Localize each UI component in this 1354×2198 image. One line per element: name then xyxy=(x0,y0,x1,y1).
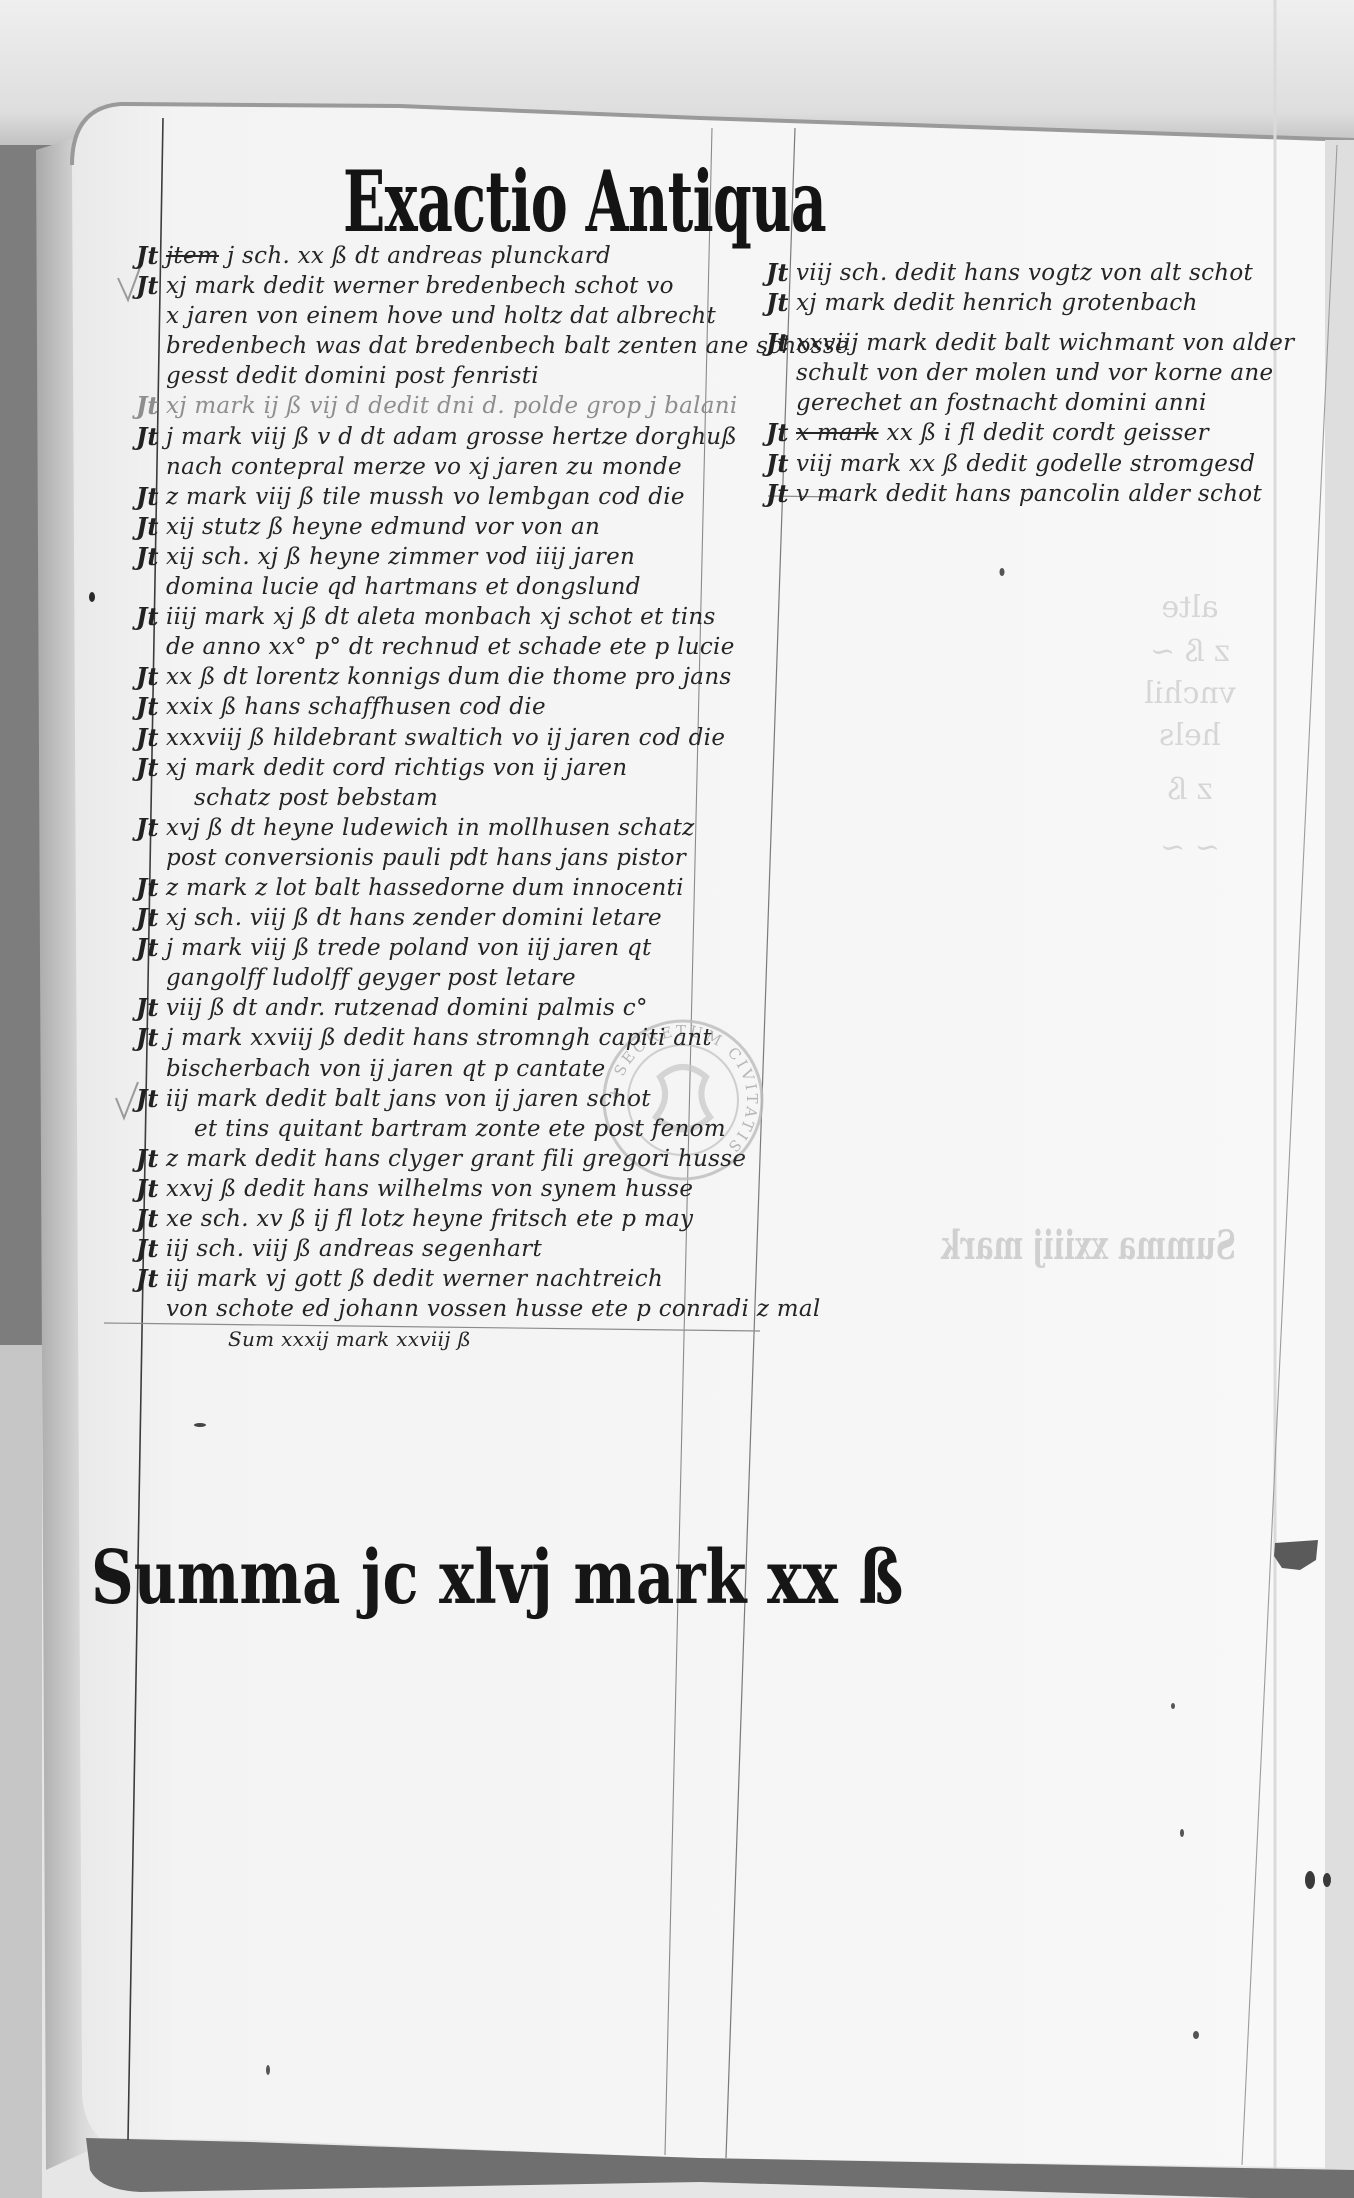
entry-text: xxvj ß dedit hans wilhelms von synem hus… xyxy=(166,1174,693,1204)
entry-text: x jaren von einem hove und holtz dat alb… xyxy=(166,301,716,331)
entry-text: xij stutz ß heyne edmund vor von an xyxy=(166,512,600,542)
ledger-entry-continuation: nach contepral merze vo xj jaren zu mond… xyxy=(136,452,776,482)
item-marker xyxy=(136,783,166,813)
binding-light xyxy=(0,1345,42,2198)
subtotal-line: Sum xxxij mark xxviij ß xyxy=(136,1324,776,1354)
entry-text: xvj ß dt heyne ludewich in mollhusen sch… xyxy=(166,813,695,843)
item-marker: Jt xyxy=(136,482,166,512)
ledger-entry-continuation: domina lucie qd hartmans et dongslund xyxy=(136,572,776,602)
entry-text: iij mark vj gott ß dedit werner nachtrei… xyxy=(166,1264,663,1294)
ledger-entry: Jtiij sch. viij ß andreas segenhart xyxy=(136,1234,776,1264)
entry-text: von schote ed johann vossen husse ete p … xyxy=(166,1294,821,1324)
item-marker: Jt xyxy=(136,542,166,572)
entry-text: xj mark ij ß vij d dedit dni d. polde gr… xyxy=(166,391,738,421)
ledger-entry: Jtxe sch. xv ß ij fl lotz heyne fritsch … xyxy=(136,1204,776,1234)
entry-text: xj mark dedit werner bredenbech schot vo xyxy=(166,271,674,301)
item-marker: Jt xyxy=(136,662,166,692)
entry-text: gangolff ludolff geyger post letare xyxy=(166,963,576,993)
item-marker: Jt xyxy=(766,288,796,318)
ledger-entry-continuation: et tins quitant bartram zonte ete post f… xyxy=(136,1114,776,1144)
item-marker: Jt xyxy=(136,692,166,722)
show-through-fragment: vnchil xyxy=(1135,676,1245,711)
item-marker xyxy=(136,361,166,391)
ink-speck xyxy=(1193,2031,1199,2039)
ledger-entry-continuation: gangolff ludolff geyger post letare xyxy=(136,963,776,993)
item-marker: Jt xyxy=(136,1023,166,1053)
ledger-entry: Jtviij sch. dedit hans vogtz von alt sch… xyxy=(766,258,1346,288)
ledger-entry: Jtxj sch. viij ß dt hans zender domini l… xyxy=(136,903,776,933)
ledger-entry: Jtv mark dedit hans pancolin alder schot xyxy=(766,479,1346,509)
ink-speck xyxy=(1171,1703,1175,1709)
entry-text: xxix ß hans schaffhusen cod die xyxy=(166,692,546,722)
item-marker: Jt xyxy=(136,1174,166,1204)
ledger-entry-continuation: gerechet an fostnacht domini anni xyxy=(766,388,1346,418)
ledger-entry-continuation: bredenbech was dat bredenbech balt zente… xyxy=(136,331,776,361)
ink-speck xyxy=(266,2065,270,2075)
grand-total: Summa jc xlvj mark xx ß xyxy=(91,1538,903,1618)
entry-text: bredenbech was dat bredenbech balt zente… xyxy=(166,331,849,361)
ledger-entry: Jtiij mark dedit balt jans von ij jaren … xyxy=(136,1084,776,1114)
ledger-entry: Jtj mark viij ß v d dt adam grosse hertz… xyxy=(136,422,776,452)
ledger-entry: Jtxxvj ß dedit hans wilhelms von synem h… xyxy=(136,1174,776,1204)
ledger-entry: Jtxj mark dedit werner bredenbech schot … xyxy=(136,271,776,301)
show-through-fragment: z ß ~ xyxy=(1135,634,1245,669)
ledger-entry: Jtxx ß dt lorentz konnigs dum die thome … xyxy=(136,662,776,692)
item-marker: Jt xyxy=(766,418,796,448)
entry-text: xx ß i fl dedit cordt geisser xyxy=(887,420,1209,446)
item-marker: Jt xyxy=(136,1144,166,1174)
item-marker xyxy=(136,1114,166,1144)
ledger-entry-continuation: post conversionis pauli pdt hans jans pi… xyxy=(136,843,776,873)
entry-text: gesst dedit domini post fenristi xyxy=(166,361,539,391)
entry-text: xj mark dedit cord richtigs von ij jaren xyxy=(166,753,627,783)
ledger-entry-continuation: schult von der molen und vor korne ane xyxy=(766,358,1346,388)
item-marker: Jt xyxy=(136,1264,166,1294)
item-marker: Jt xyxy=(136,512,166,542)
stain xyxy=(1305,1871,1315,1889)
ledger-entry: Jtxj mark dedit cord richtigs von ij jar… xyxy=(136,753,776,783)
item-marker xyxy=(136,963,166,993)
ledger-entry-continuation: x jaren von einem hove und holtz dat alb… xyxy=(136,301,776,331)
struck-text: x mark xyxy=(796,420,879,446)
item-marker: Jt xyxy=(136,933,166,963)
item-marker: Jt xyxy=(136,1234,166,1264)
ledger-entry: Jtz mark z lot balt hassedorne dum innoc… xyxy=(136,873,776,903)
entry-text: z mark viij ß tile mussh vo lembgan cod … xyxy=(166,482,685,512)
ledger-entry: Jtxxviij mark dedit balt wichmant von al… xyxy=(766,328,1346,358)
ledger-entry-continuation: bischerbach von ij jaren qt p cantate xyxy=(136,1054,776,1084)
entry-text: z mark dedit hans clyger grant fili greg… xyxy=(166,1144,746,1174)
ledger-entry-continuation: de anno xx° p° dt rechnud et schade ete … xyxy=(136,632,776,662)
item-marker: Jt xyxy=(136,873,166,903)
ledger-entry-continuation: schatz post bebstam xyxy=(136,783,776,813)
ledger-entry: Jtx markxx ß i fl dedit cordt geisser xyxy=(766,418,1346,448)
item-marker: Jt xyxy=(766,258,796,288)
ledger-entry: Jtxij stutz ß heyne edmund vor von an xyxy=(136,512,776,542)
show-through-fragment: hels xyxy=(1135,718,1245,753)
show-through-fragment: alte xyxy=(1135,590,1245,625)
ledger-entry: Jtxvj ß dt heyne ludewich in mollhusen s… xyxy=(136,813,776,843)
item-marker: Jt xyxy=(136,241,166,271)
item-marker: Jt xyxy=(766,449,796,479)
item-marker: Jt xyxy=(136,1204,166,1234)
item-marker: Jt xyxy=(136,993,166,1023)
struck-text: jtem xyxy=(166,243,219,269)
ledger-entry: Jtviij mark xx ß dedit godelle stromgesd xyxy=(766,449,1346,479)
entry-text: xij sch. xj ß heyne zimmer vod iiij jare… xyxy=(166,542,635,572)
entry-text: domina lucie qd hartmans et dongslund xyxy=(166,572,641,602)
entry-text: viij sch. dedit hans vogtz von alt schot xyxy=(796,258,1253,288)
item-marker xyxy=(136,1054,166,1084)
entry-text: j sch. xx ß dt andreas plunckard xyxy=(227,243,611,269)
item-marker: Jt xyxy=(136,903,166,933)
ledger-entry: Jtjtemj sch. xx ß dt andreas plunckard xyxy=(136,241,776,271)
entry-text: xj mark dedit henrich grotenbach xyxy=(796,288,1198,318)
subtotal-text: Sum xxxij mark xxviij ß xyxy=(166,1324,471,1354)
ink-speck xyxy=(89,592,95,602)
entry-text: schult von der molen und vor korne ane xyxy=(796,358,1273,388)
entry-text: xj sch. viij ß dt hans zender domini let… xyxy=(166,903,662,933)
entry-text: xxxviij ß hildebrant swaltich vo ij jare… xyxy=(166,723,725,753)
entry-text: iiij mark xj ß dt aleta monbach xj schot… xyxy=(166,602,716,632)
item-marker: Jt xyxy=(136,271,166,301)
item-marker: Jt xyxy=(766,479,796,509)
item-marker xyxy=(136,843,166,873)
ledger-entry-faded: Jtxj mark ij ß vij d dedit dni d. polde … xyxy=(136,391,776,421)
entry-text: v mark dedit hans pancolin alder schot xyxy=(796,479,1262,509)
item-marker: Jt xyxy=(136,753,166,783)
entry-text: gerechet an fostnacht domini anni xyxy=(796,388,1207,418)
left-column: Jtjtemj sch. xx ß dt andreas plunckard J… xyxy=(136,241,776,1354)
entry-text: nach contepral merze vo xj jaren zu mond… xyxy=(166,452,682,482)
ink-speck xyxy=(194,1423,206,1427)
entry-text: j mark viij ß v d dt adam grosse hertze … xyxy=(166,422,737,452)
entry-text: et tins quitant bartram zonte ete post f… xyxy=(166,1114,726,1144)
ledger-entry: Jtviij ß dt andr. rutzenad domini palmis… xyxy=(136,993,776,1023)
entry-text: iij sch. viij ß andreas segenhart xyxy=(166,1234,542,1264)
ink-speck xyxy=(1180,1829,1184,1837)
show-through-fragment: ~ ~ xyxy=(1135,830,1245,865)
item-marker xyxy=(136,572,166,602)
item-marker: Jt xyxy=(766,328,796,358)
item-marker: Jt xyxy=(136,1084,166,1114)
item-marker: Jt xyxy=(136,813,166,843)
entry-text: viij ß dt andr. rutzenad domini palmis c… xyxy=(166,993,648,1023)
entry-text: xe sch. xv ß ij fl lotz heyne fritsch et… xyxy=(166,1204,693,1234)
item-marker xyxy=(766,388,796,418)
item-marker xyxy=(136,452,166,482)
item-marker: Jt xyxy=(136,602,166,632)
ledger-entry-continuation: von schote ed johann vossen husse ete p … xyxy=(136,1294,776,1324)
right-column: Jtviij sch. dedit hans vogtz von alt sch… xyxy=(766,258,1346,509)
entry-text: j mark xxviij ß dedit hans stromngh capi… xyxy=(166,1023,712,1053)
entry-text: post conversionis pauli pdt hans jans pi… xyxy=(166,843,686,873)
item-marker: Jt xyxy=(136,422,166,452)
ink-speck xyxy=(1000,568,1005,576)
entry-text: z mark z lot balt hassedorne dum innocen… xyxy=(166,873,684,903)
ledger-entry: Jtz mark dedit hans clyger grant fili gr… xyxy=(136,1144,776,1174)
ledger-entry: Jtiij mark vj gott ß dedit werner nachtr… xyxy=(136,1264,776,1294)
entry-text: iij mark dedit balt jans von ij jaren sc… xyxy=(166,1084,651,1114)
item-marker xyxy=(136,331,166,361)
show-through-summa: Summa xxiiij mark xyxy=(1026,1222,1236,1269)
ledger-entry: Jtxxxviij ß hildebrant swaltich vo ij ja… xyxy=(136,723,776,753)
ledger-entry-continuation: gesst dedit domini post fenristi xyxy=(136,361,776,391)
ledger-entry: Jtxij sch. xj ß heyne zimmer vod iiij ja… xyxy=(136,542,776,572)
entry-text: schatz post bebstam xyxy=(166,783,438,813)
ledger-entry: Jtxj mark dedit henrich grotenbach xyxy=(766,288,1346,318)
ledger-entry: Jtiiij mark xj ß dt aleta monbach xj sch… xyxy=(136,602,776,632)
item-marker: Jt xyxy=(136,391,166,421)
entry-text: de anno xx° p° dt rechnud et schade ete … xyxy=(166,632,735,662)
entry-text: j mark viij ß trede poland von iij jaren… xyxy=(166,933,652,963)
item-marker: Jt xyxy=(136,723,166,753)
entry-text: xx ß dt lorentz konnigs dum die thome pr… xyxy=(166,662,732,692)
page-title: Exactio Antiqua xyxy=(343,156,826,248)
item-marker xyxy=(136,632,166,662)
show-through-fragment: z ß xyxy=(1135,772,1245,807)
item-marker xyxy=(136,301,166,331)
ledger-entry: Jtxxix ß hans schaffhusen cod die xyxy=(136,692,776,722)
ledger-entry: Jtz mark viij ß tile mussh vo lembgan co… xyxy=(136,482,776,512)
entry-text: viij mark xx ß dedit godelle stromgesd xyxy=(796,449,1255,479)
entry-text: bischerbach von ij jaren qt p cantate xyxy=(166,1054,606,1084)
item-marker xyxy=(136,1294,166,1324)
ledger-entry: Jtj mark viij ß trede poland von iij jar… xyxy=(136,933,776,963)
ledger-entry: Jtj mark xxviij ß dedit hans stromngh ca… xyxy=(136,1023,776,1053)
entry-text: xxviij mark dedit balt wichmant von alde… xyxy=(796,328,1294,358)
stain xyxy=(1323,1873,1331,1887)
item-marker xyxy=(766,358,796,388)
item-marker xyxy=(136,1324,166,1354)
